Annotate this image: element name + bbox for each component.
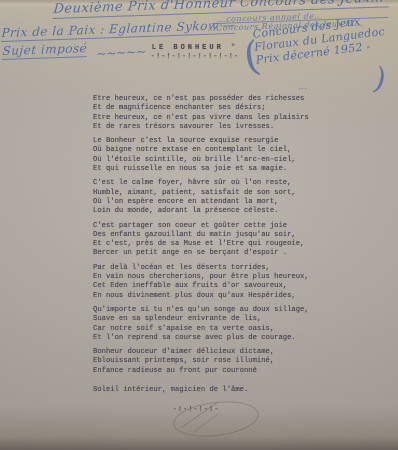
poem-line: Car notre soif s'apaise en ta verte oasi… [93, 325, 313, 334]
poem-line: Des enfants gazouillant du matin jusqu'a… [93, 231, 313, 240]
poem-line: Et de rares trésors savourer les ivresse… [93, 123, 313, 132]
poem-line: Qu'importe si tu n'es qu'un songe au dou… [93, 306, 313, 315]
poem-body: Etre heureux, ce n'est pas posséder des … [93, 95, 313, 414]
stanza-5: Par delà l'océan et les déserts torrides… [93, 264, 313, 301]
ink-close-paren: ) [370, 61, 390, 98]
poem-line: Eblouissant printemps, soir rose illumin… [93, 357, 313, 366]
poem-line: Suave en sa splendeur enivrante de lis, [93, 315, 313, 324]
poem-closing-line: Soleil intérieur, magicien de l'âme. [93, 386, 313, 395]
contest-tail: … [298, 82, 308, 93]
poem-line: Où l'on espère encore en attendant la mo… [93, 198, 313, 207]
poem-title: LE BONHEUR " [140, 44, 250, 52]
stanza-1: Etre heureux, ce n'est pas posséder des … [93, 95, 313, 132]
poem-line: Cet Eden ineffable aux fruits d'or savou… [93, 282, 313, 291]
poem-line: Etre heureux, ce n'est pas vivre dans le… [93, 114, 313, 123]
poem-line: Et de magnificence enchanter ses désirs; [93, 104, 313, 113]
poem-line: Loin du monde, adorant la présence céles… [93, 207, 313, 216]
title-mark: " [231, 44, 238, 52]
document-photo: Deuxième Prix d'Honneur Concours des Jeu… [0, 0, 398, 450]
poem-line: Par delà l'océan et les déserts torrides… [93, 264, 313, 273]
stanza-3: C'est le calme foyer, hâvre sûr où l'on … [93, 179, 313, 216]
poem-line: Où l'étoile scintille, où brille l'arc-e… [93, 156, 313, 165]
title-underline: -!-!-!-!-!-!-!-!- [140, 53, 250, 61]
poem-line: Bercer un petit ange en se berçant d'esp… [93, 249, 313, 258]
stanza-7: Bonheur douceur d'aimer délicieux dictam… [93, 348, 313, 376]
stanza-4: C'est partager son coeur et goûter cette… [93, 222, 313, 259]
stanza-6: Qu'importe si tu n'es qu'un songe au dou… [93, 306, 313, 343]
poem-line: En nous divinement plus doux qu'aux Hesp… [93, 292, 313, 301]
poem-line: Et qui ruisselle en nous sa joie et sa m… [93, 165, 313, 174]
poem-line: Où baigne notre extase en contemplant le… [93, 146, 313, 155]
poem-title-block: LE BONHEUR " -!-!-!-!-!-!-!-!- [140, 44, 250, 61]
handwritten-subject-note: Sujet imposé [2, 41, 88, 60]
poem-line: Humble, aimant, patient, satisfait de so… [93, 189, 313, 198]
poem-line: C'est le calme foyer, hâvre sûr où l'on … [93, 179, 313, 188]
poem-line: C'est partager son coeur et goûter cette… [93, 222, 313, 231]
poem-title-text: LE BONHEUR [152, 44, 224, 52]
handwritten-award-line-2: Prix de la Paix : Eglantine Sykow — [1, 18, 236, 42]
poem-line: Etre heureux, ce n'est pas posséder des … [93, 95, 313, 104]
stanza-2: Le Bonheur c'est la source exquise resur… [93, 137, 313, 174]
ink-squiggle: ~~~~~ [96, 45, 146, 63]
poem-line: Enfance radieuse au front pur couronné [93, 367, 313, 376]
poem-line: Et l'on reprend sa course avec plus de c… [93, 334, 313, 343]
poem-line: En vain nous chercherions, pour être plu… [93, 273, 313, 282]
